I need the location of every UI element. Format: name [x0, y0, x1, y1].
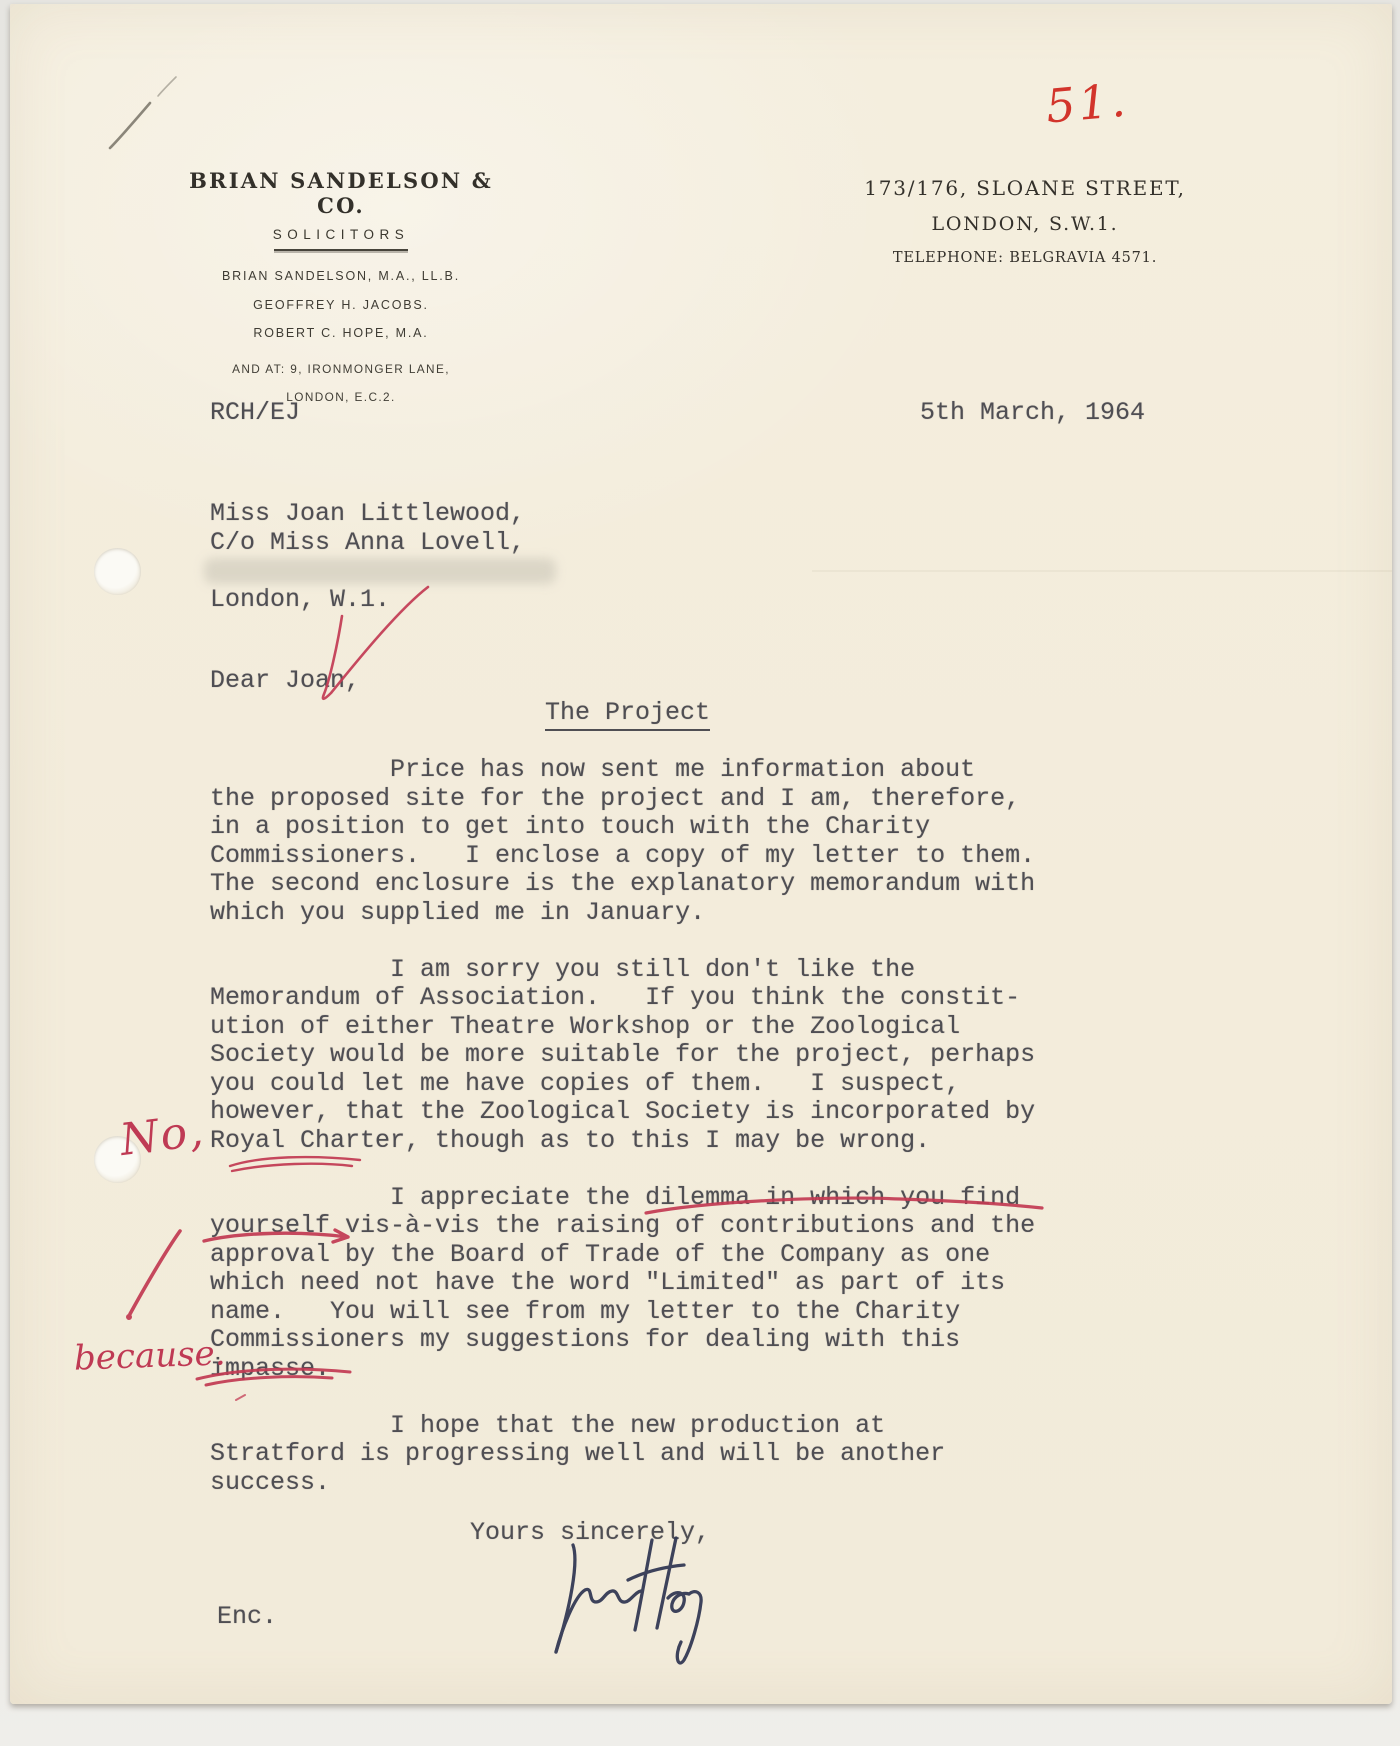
partner-names: BRIAN SANDELSON, M.A., LL.B.GEOFFREY H. …	[168, 262, 514, 348]
text-line: The second enclosure is the explanatory …	[210, 870, 1035, 899]
salutation: Dear Joan,	[210, 666, 360, 695]
closing-phrase: Yours sincerely,	[470, 1518, 710, 1547]
text-line: Society would be more suitable for the p…	[210, 1041, 1035, 1070]
paragraph-3: I appreciate the dilemma in which you fi…	[210, 1184, 1035, 1384]
letterhead-rule	[274, 249, 408, 251]
text-line: ution of either Theatre Workshop or the …	[210, 1013, 1035, 1042]
text-line: AND AT: 9, IRONMONGER LANE,	[168, 355, 514, 384]
text-line: approval by the Board of Trade of the Co…	[210, 1241, 1035, 1270]
text-line: you could let me have copies of them. I …	[210, 1070, 1035, 1099]
text-line: success.	[210, 1469, 1035, 1498]
paper-crease	[812, 570, 1392, 572]
letterhead-address-block: 173/176, SLOANE STREET, LONDON, S.W.1. T…	[862, 176, 1188, 266]
text-line: GEOFFREY H. JACOBS.	[168, 291, 514, 320]
text-line: Royal Charter, though as to this I may b…	[210, 1127, 1035, 1156]
letter-date: 5th March, 1964	[920, 398, 1145, 427]
text-line: C/o Miss Anna Lovell,	[210, 529, 525, 558]
recipient-address-block: Miss Joan Littlewood,C/o Miss Anna Lovel…	[210, 500, 525, 614]
paragraph-1: Price has now sent me information aboutt…	[210, 756, 1035, 927]
text-line: however, that the Zoological Society is …	[210, 1098, 1035, 1127]
reference-code: RCH/EJ	[210, 398, 300, 427]
text-line: name. You will see from my letter to the…	[210, 1298, 1035, 1327]
text-line: impasse.	[210, 1355, 1035, 1384]
redaction-blur	[204, 558, 556, 584]
paragraph-4: I hope that the new production atStratfo…	[210, 1412, 1035, 1498]
handwritten-page-number: 51.	[1044, 73, 1131, 134]
text-line: BRIAN SANDELSON, M.A., LL.B.	[168, 262, 514, 291]
text-line: I am sorry you still don't like the	[210, 956, 1035, 985]
text-line: Miss Joan Littlewood,	[210, 500, 525, 529]
text-line: Commissioners my suggestions for dealing…	[210, 1326, 1035, 1355]
firm-name: BRIAN SANDELSON & CO.	[168, 168, 514, 218]
telephone-line: TELEPHONE: BELGRAVIA 4571.	[862, 250, 1188, 266]
city-address: LONDON, S.W.1.	[862, 213, 1188, 235]
text-line: Commissioners. I enclose a copy of my le…	[210, 842, 1035, 871]
street-address: 173/176, SLOANE STREET,	[862, 176, 1188, 200]
text-line: which need not have the word "Limited" a…	[210, 1269, 1035, 1298]
text-line: I appreciate the dilemma in which you fi…	[210, 1184, 1035, 1213]
text-line: Memorandum of Association. If you think …	[210, 984, 1035, 1013]
margin-note-no: No,	[117, 1105, 208, 1166]
letter-body: Price has now sent me information aboutt…	[210, 756, 1035, 1526]
scanned-letter-page: { "letterhead": { "firm_name": "BRIAN SA…	[0, 0, 1400, 1746]
text-line: in a position to get into touch with the…	[210, 813, 1035, 842]
text-line: which you supplied me in January.	[210, 899, 1035, 928]
text-line: Stratford is progressing well and will b…	[210, 1440, 1035, 1469]
recipient-lines: Miss Joan Littlewood,C/o Miss Anna Lovel…	[210, 500, 525, 557]
recipient-city: London, W.1.	[210, 586, 525, 615]
text-line: yourself vis-à-vis the raising of contri…	[210, 1212, 1035, 1241]
text-line: the proposed site for the project and I …	[210, 785, 1035, 814]
firm-type: SOLICITORS	[168, 227, 514, 242]
text-line: ROBERT C. HOPE, M.A.	[168, 319, 514, 348]
margin-note-because: because.	[73, 1333, 226, 1378]
text-line: I hope that the new production at	[210, 1412, 1035, 1441]
punch-hole-top	[94, 548, 141, 595]
subject-heading: The Project	[545, 698, 710, 731]
paragraph-2: I am sorry you still don't like theMemor…	[210, 956, 1035, 1156]
redacted-address-line	[210, 557, 525, 586]
enclosure-note: Enc.	[217, 1602, 277, 1631]
text-line: Price has now sent me information about	[210, 756, 1035, 785]
letterhead-firm-block: BRIAN SANDELSON & CO. SOLICITORS BRIAN S…	[168, 168, 514, 412]
